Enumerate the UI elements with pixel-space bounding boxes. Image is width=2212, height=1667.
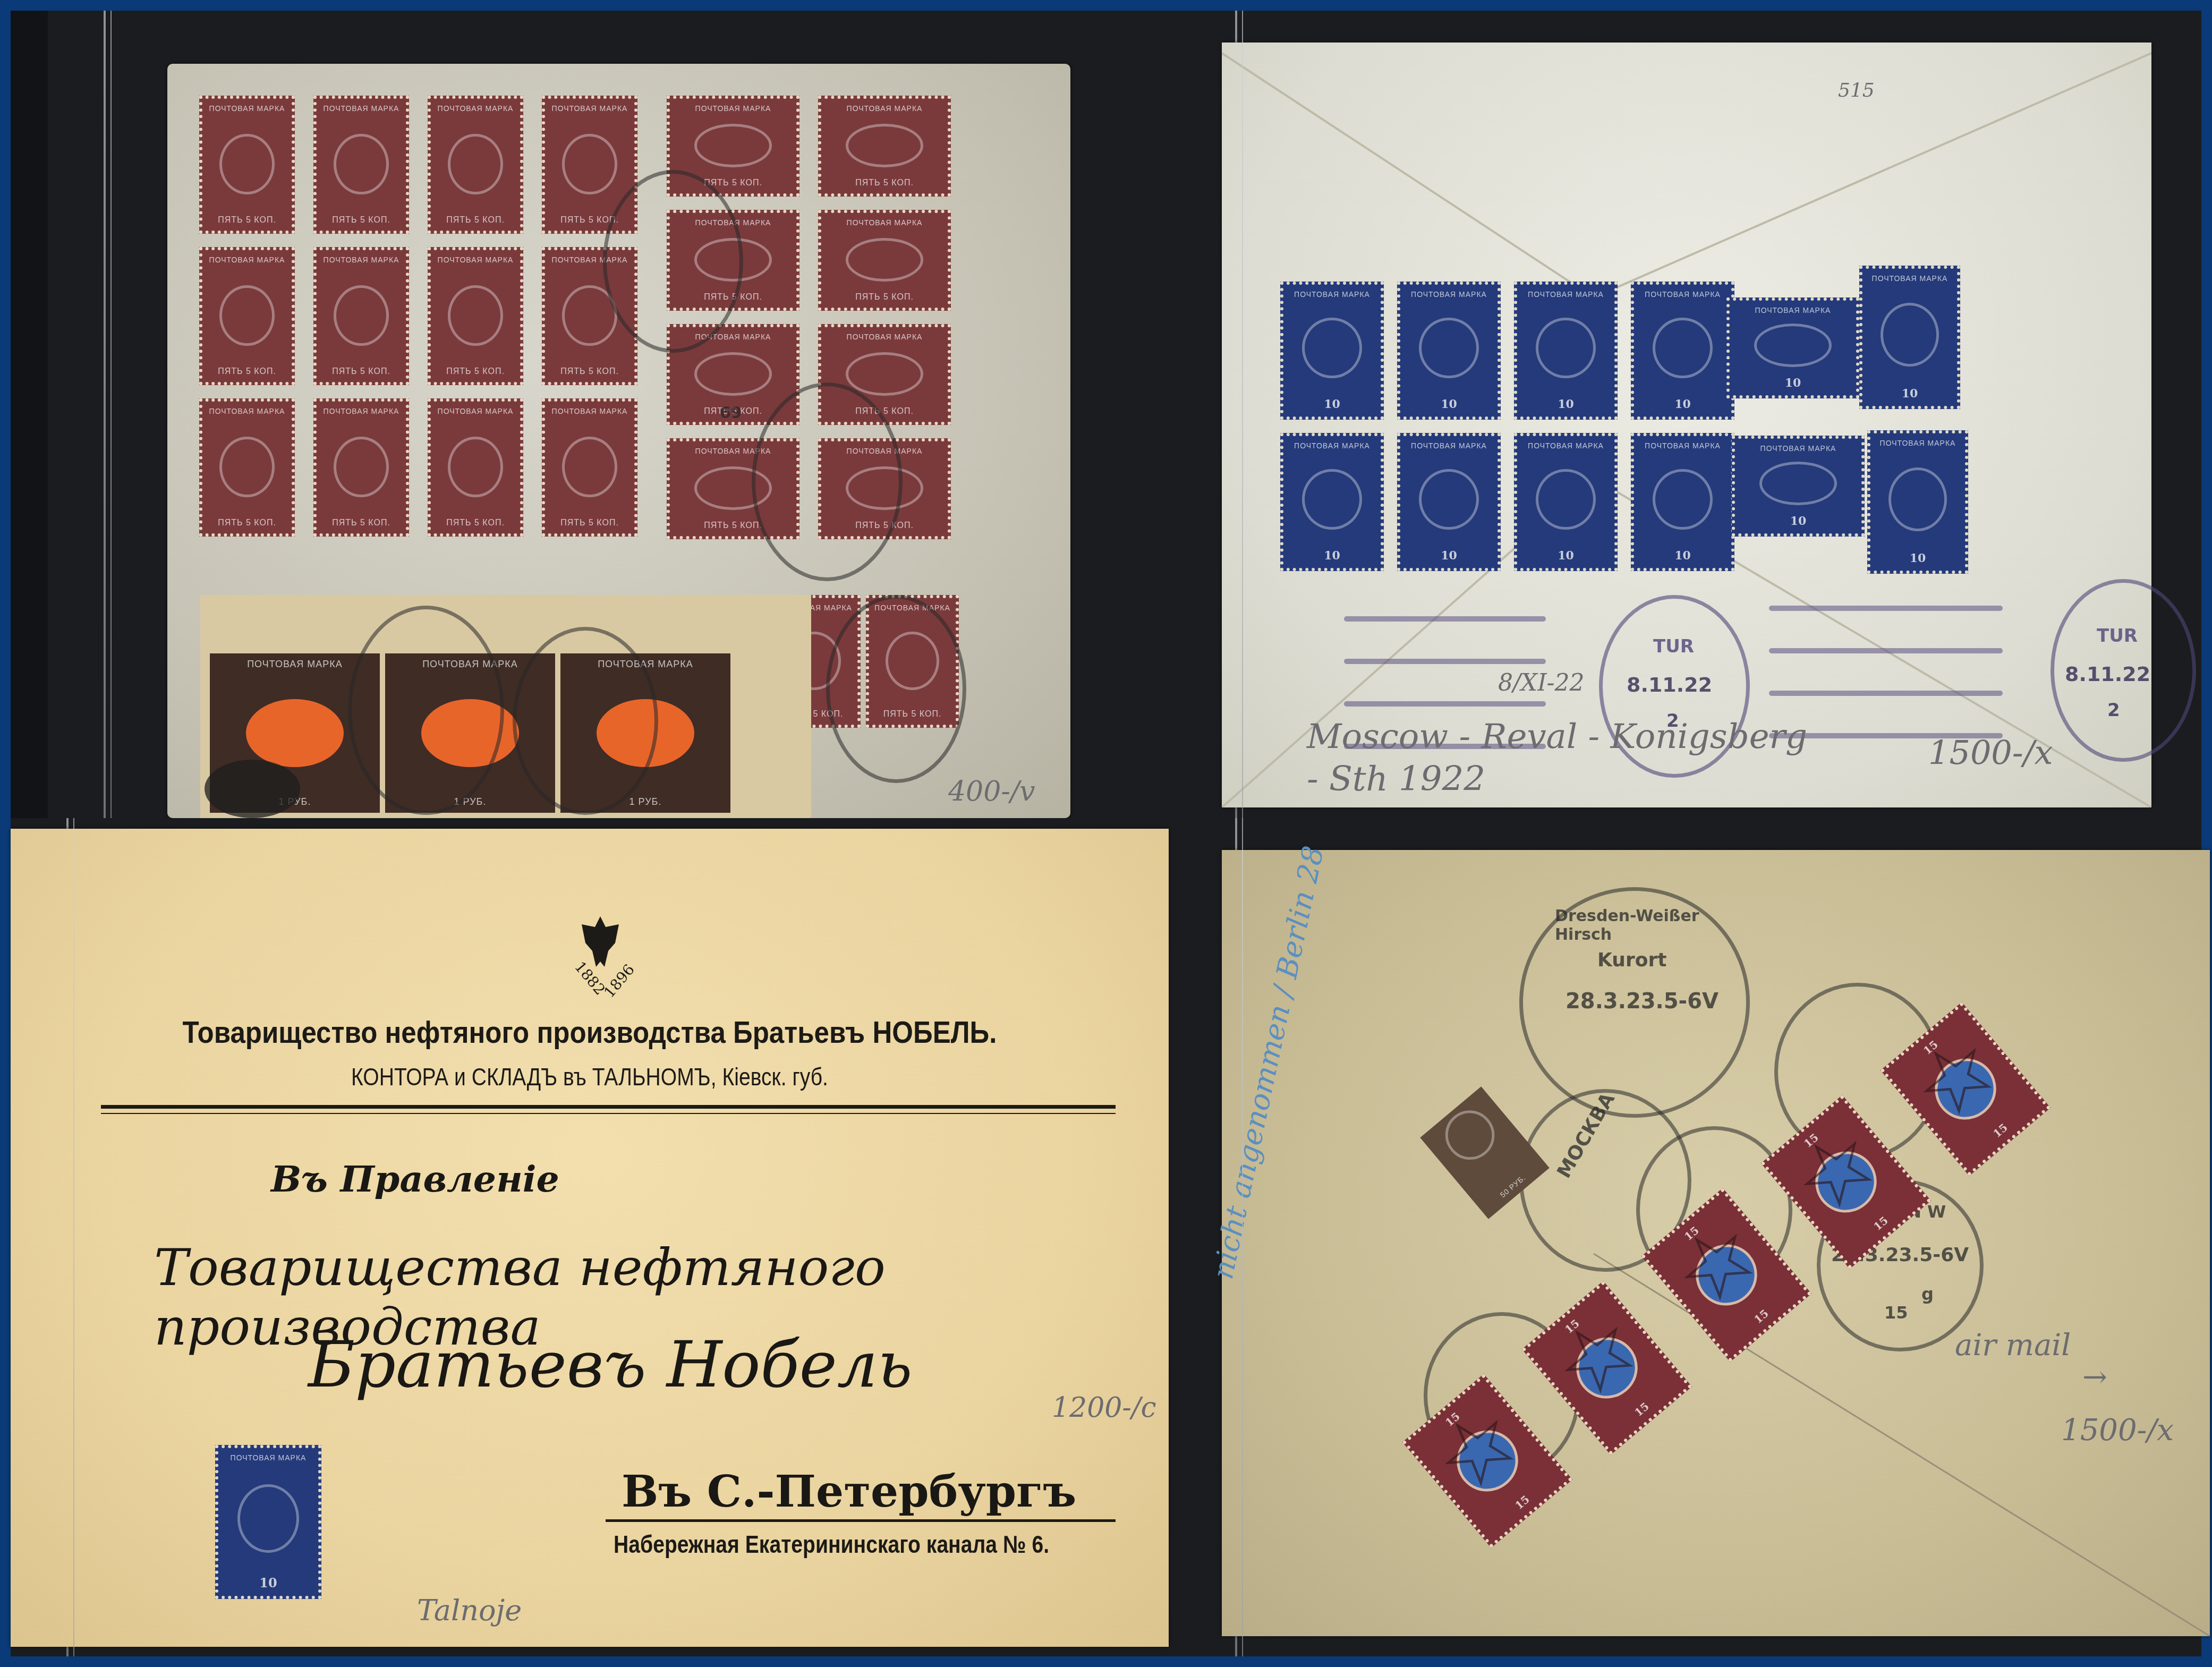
cover-bottom-right: Dresden-Weißer Hirsch Kurort 28.3.23.5-6…	[1222, 850, 2210, 1636]
stamp-15-kopek-overprint: 15☆15	[1522, 1281, 1692, 1455]
star-overprint-icon: ☆	[1776, 1110, 1896, 1231]
stamp-10-kopek: ПОЧТОВАЯ МАРКА10	[1867, 430, 1968, 574]
stamp-5-kopek: ПОЧТОВАЯ МАРКАПЯТЬ 5 КОП.	[199, 247, 295, 385]
cancel-bar	[1769, 648, 2003, 653]
letterhead-rule-thin	[101, 1113, 1116, 1114]
letterhead-rule	[101, 1105, 1116, 1109]
stamp-center-icon	[1419, 318, 1479, 379]
stamp-center-icon	[694, 124, 772, 168]
stamp-center-icon	[562, 134, 617, 195]
stamp-center-icon	[243, 696, 347, 770]
address-line-3: Братьевъ Нобель	[308, 1328, 913, 1402]
cancel-bar	[1344, 659, 1546, 664]
star-overprint-icon: ☆	[1895, 1017, 2015, 1138]
cancel-bar	[1344, 616, 1546, 622]
stamp-15-kopek-overprint: 15☆15	[1881, 1002, 2051, 1176]
stamp-10-kopek: ПОЧТОВАЯ МАРКА10	[1726, 297, 1859, 398]
arrow-icon: →	[2082, 1360, 2107, 1394]
stamp-5-kopek: ПОЧТОВАЯ МАРКАПЯТЬ 5 КОП.	[428, 247, 523, 385]
pencil-route-note: Moscow - Reval - Konigsberg	[1307, 717, 1807, 756]
pencil-top-note: 515	[1838, 80, 1875, 101]
stamp-5-kopek: ПОЧТОВАЯ МАРКАПЯТЬ 5 КОП.	[313, 96, 409, 234]
stamp-center-icon	[694, 352, 772, 396]
pencil-place-note: Talnoje	[417, 1594, 522, 1627]
pencil-route-note-2: - Sth 1922	[1307, 760, 1485, 799]
cancel-bar	[1769, 691, 2003, 696]
manuscript-date: 8/XI-22	[1498, 669, 1584, 696]
letterhead-company: Товарищество нефтяного производства Брат…	[80, 1015, 1099, 1050]
stamp-10-kopek: ПОЧТОВАЯ МАРКА10	[1631, 282, 1734, 420]
stamp-5-kopek: ПОЧТОВАЯ МАРКАПЯТЬ 5 КОП.	[313, 398, 409, 537]
postmark	[603, 170, 743, 353]
stamp-center-icon	[1536, 469, 1596, 530]
stamp-center-icon	[562, 437, 617, 498]
pencil-airmail-note: air mail	[1955, 1328, 2071, 1363]
postmark-text: 69	[720, 404, 742, 422]
stamp-center-icon	[219, 134, 275, 195]
stamp-center-icon	[219, 285, 275, 346]
stamp-10-kopek: ПОЧТОВАЯ МАРКА10	[1631, 433, 1734, 571]
stamp-center-icon	[1888, 467, 1947, 531]
letterhead-office: КОНТОРА и СКЛАДЪ въ ТАЛЬНОМЪ, Кіевск. гу…	[98, 1062, 1082, 1091]
album-pane-top-right: ПОЧТОВАЯ МАРКА10ПОЧТОВАЯ МАРКА10ПОЧТОВАЯ…	[1179, 11, 2201, 818]
stamp-15-kopek-overprint: 15☆15	[1641, 1188, 1811, 1362]
stamp-10-kopek: ПОЧТОВАЯ МАРКА10	[1514, 433, 1618, 571]
album-background: ПОЧТОВАЯ МАРКАПЯТЬ 5 КОП.ПОЧТОВАЯ МАРКАП…	[11, 11, 2201, 1656]
album-pane-bottom-left: 1882 1896 Товарищество нефтяного произво…	[11, 818, 1179, 1656]
stamp-10-kopek: ПОЧТОВАЯ МАРКА10	[215, 1445, 321, 1599]
stamp-5-kopek: ПОЧТОВАЯ МАРКАПЯТЬ 5 КОП.	[199, 96, 295, 234]
stamp-10-kopek: ПОЧТОВАЯ МАРКА10	[1280, 433, 1384, 571]
cover-top-left: ПОЧТОВАЯ МАРКАПЯТЬ 5 КОП.ПОЧТОВАЯ МАРКАП…	[167, 64, 1070, 818]
postmark-stockholm: TUR 8.11.22 2	[2051, 579, 2196, 762]
stamp-center-icon	[448, 134, 503, 195]
stamp-center-icon	[334, 285, 389, 346]
stamp-10-kopek: ПОЧТОВАЯ МАРКА10	[1280, 282, 1384, 420]
ink-smudge	[205, 760, 300, 818]
cover-top-right: ПОЧТОВАЯ МАРКА10ПОЧТОВАЯ МАРКА10ПОЧТОВАЯ…	[1222, 42, 2151, 807]
address-line-1: Въ Правленіе	[271, 1158, 559, 1201]
stamp-center-icon	[846, 238, 923, 282]
postmark	[348, 606, 504, 815]
stamp-10-kopek: ПОЧТОВАЯ МАРКА10	[1397, 433, 1501, 571]
postmark	[513, 627, 658, 815]
postmark	[826, 595, 966, 783]
star-overprint-icon: ☆	[1656, 1203, 1776, 1324]
stamp-5-kopek: ПОЧТОВАЯ МАРКАПЯТЬ 5 КОП.	[818, 96, 951, 197]
album-pane-bottom-right: Dresden-Weißer Hirsch Kurort 28.3.23.5-6…	[1179, 818, 2201, 1656]
stamp-center-icon	[1302, 469, 1362, 530]
stamp-10-kopek: ПОЧТОВАЯ МАРКА10	[1514, 282, 1618, 420]
album-pane-top-left: ПОЧТОВАЯ МАРКАПЯТЬ 5 КОП.ПОЧТОВАЯ МАРКАП…	[48, 11, 1179, 818]
stamp-center-icon	[1881, 303, 1939, 366]
stamp-5-kopek: ПОЧТОВАЯ МАРКАПЯТЬ 5 КОП.	[428, 398, 523, 537]
stamp-5-kopek: ПОЧТОВАЯ МАРКАПЯТЬ 5 КОП.	[428, 96, 523, 234]
stamp-center-icon	[1653, 469, 1713, 530]
pencil-price-note: 1500-/x	[2061, 1413, 2174, 1448]
pencil-price-note: 1200-/c	[1052, 1392, 1156, 1424]
stamp-5-kopek: ПОЧТОВАЯ МАРКАПЯТЬ 5 КОП.	[542, 398, 637, 537]
pencil-price-note: 1500-/x	[1928, 733, 2053, 772]
stamp-center-icon	[448, 437, 503, 498]
stamp-center-icon	[334, 134, 389, 195]
stamp-center-icon	[846, 124, 923, 168]
stamp-5-kopek: ПОЧТОВАЯ МАРКАПЯТЬ 5 КОП.	[313, 247, 409, 385]
stamp-10-kopek: ПОЧТОВАЯ МАРКА10	[1859, 266, 1960, 409]
stamp-5-kopek: ПОЧТОВАЯ МАРКАПЯТЬ 5 КОП.	[818, 210, 951, 311]
stamp-center-icon	[1536, 318, 1596, 379]
city-underline	[606, 1519, 1116, 1522]
star-overprint-icon: ☆	[1537, 1296, 1657, 1417]
cancel-bar	[1344, 701, 1546, 707]
stamp-center-icon	[846, 352, 923, 396]
stamp-center-icon	[1754, 324, 1832, 368]
stamp-center-icon	[448, 285, 503, 346]
cover-bottom-left: 1882 1896 Товарищество нефтяного произво…	[11, 829, 1169, 1647]
stamp-10-kopek: ПОЧТОВАЯ МАРКА10	[1732, 436, 1865, 537]
stamp-10-kopek: ПОЧТОВАЯ МАРКА10	[1397, 282, 1501, 420]
stamp-center-icon	[1653, 318, 1713, 379]
stamp-5-kopek: ПОЧТОВАЯ МАРКАПЯТЬ 5 КОП.	[199, 398, 295, 537]
stamp-strip-15k-overprint: 15☆1515☆1515☆1515☆1515☆15	[1413, 1009, 2104, 1487]
stamp-center-icon	[334, 437, 389, 498]
address-city: Въ С.-Петербургъ	[622, 1466, 1076, 1517]
stamp-center-icon	[237, 1484, 299, 1553]
stamp-15-kopek-overprint: 15☆15	[1761, 1095, 1931, 1269]
stamp-center-icon	[1759, 462, 1837, 506]
cancel-bar	[1769, 606, 2003, 611]
stamp-center-icon	[219, 437, 275, 498]
stamp-center-icon	[1302, 318, 1362, 379]
address-street: Набережная Екатерининскаго канала № 6.	[614, 1530, 1049, 1559]
pencil-price-note: 400-/v	[948, 776, 1035, 807]
stamp-center-icon	[1419, 469, 1479, 530]
postmark	[752, 382, 903, 581]
